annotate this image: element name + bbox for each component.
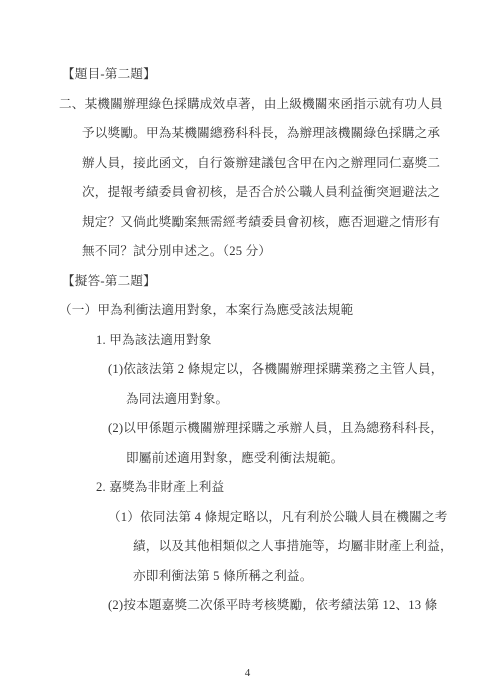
question-line: 規定？又倘此獎勵案無需經考績委員會初核，應否迴避之情形有 <box>0 208 495 238</box>
document-page: 【題目-第二題】 二、某機關辦理綠色採購成效卓著，由上級機關來函指示就有功人員 … <box>0 0 495 700</box>
answer-line: 為同法適用對象。 <box>0 385 495 415</box>
answer-line: 亦即利衝法第 5 條所稱之利益。 <box>0 562 495 592</box>
question-line: 予以獎勵。甲為某機關總務科科長，為辦理該機關綠色採購之承 <box>0 119 495 149</box>
answer-line: (2)以甲係題示機關辦理採購之承辦人員，且為總務科科長， <box>0 414 495 444</box>
answer-line: 1. 甲為該法適用對象 <box>0 326 495 356</box>
answer-line: 即屬前述適用對象，應受利衝法規範。 <box>0 444 495 474</box>
question-line: 無不同？試分別申述之。（25 分） <box>0 237 495 267</box>
question-line: 二、某機關辦理綠色採購成效卓著，由上級機關來函指示就有功人員 <box>0 90 495 120</box>
question-header: 【題目-第二題】 <box>0 60 495 90</box>
document-content: 【題目-第二題】 二、某機關辦理綠色採購成效卓著，由上級機關來函指示就有功人員 … <box>0 60 495 621</box>
answer-line: （1）依同法第 4 條規定略以，凡有利於公職人員在機關之考 <box>0 503 495 533</box>
answer-header: 【擬答-第二題】 <box>0 267 495 297</box>
answer-line: 績，以及其他相類似之人事措施等，均屬非財產上利益， <box>0 532 495 562</box>
page-number: 4 <box>0 667 495 679</box>
answer-line: 2. 嘉獎為非財產上利益 <box>0 473 495 503</box>
answer-line: (2)按本題嘉獎二次係平時考核獎勵，依考績法第 12、13 條 <box>0 591 495 621</box>
question-line: 辦人員，接此函文，自行簽辦建議包含甲在內之辦理同仁嘉獎二 <box>0 149 495 179</box>
answer-line: (1)依該法第 2 條規定以，各機關辦理採購業務之主管人員， <box>0 355 495 385</box>
answer-line: （一）甲為利衝法適用對象，本案行為應受該法規範 <box>0 296 495 326</box>
question-line: 次，提報考績委員會初核，是否合於公職人員利益衝突迴避法之 <box>0 178 495 208</box>
